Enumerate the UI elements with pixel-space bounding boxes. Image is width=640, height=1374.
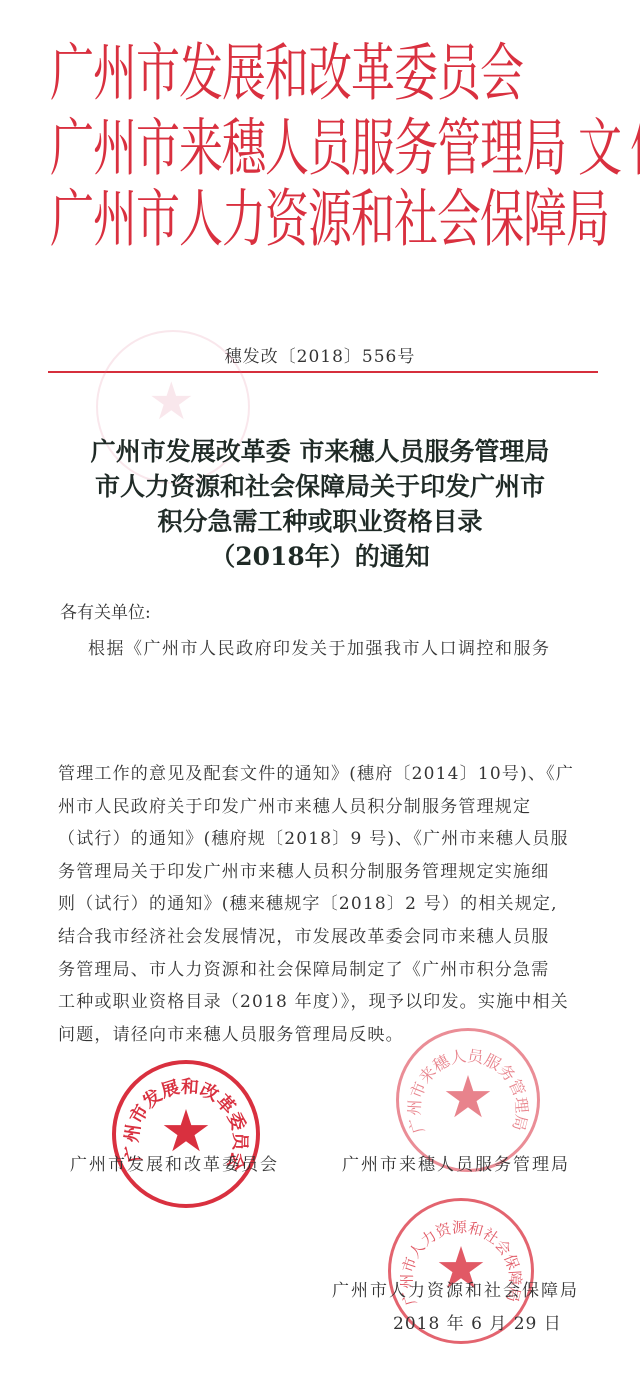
body-paragraph: 管理工作的意见及配套文件的通知》(穗府〔2014〕10号)、《广 州市人民政府关… bbox=[58, 758, 598, 1051]
body-line: 结合我市经济社会发展情况，市发展改革委会同市来穗人员服 bbox=[58, 921, 598, 954]
body-first-line: 根据《广州市人民政府印发关于加强我市人口调控和服务 bbox=[88, 634, 618, 659]
body-line: 管理工作的意见及配套文件的通知》(穗府〔2014〕10号)、《广 bbox=[58, 758, 598, 791]
title-line-2: 市人力资源和社会保障局关于印发广州市 bbox=[0, 469, 640, 504]
signer-human-resources: 广州市人力资源和社会保障局 bbox=[332, 1276, 579, 1301]
body-line: 州市人民政府关于印发广州市来穗人员积分制服务管理规定 bbox=[58, 791, 598, 824]
issue-date: 2018 年 6 月 29 日 bbox=[393, 1309, 562, 1334]
letterhead-line-1: 广州市发展和改革委员会 bbox=[50, 32, 523, 117]
letterhead-suffix: 文件 bbox=[578, 113, 640, 185]
letterhead-line-3: 广州市人力资源和社会保障局 bbox=[50, 178, 609, 263]
body-line: （试行）的通知》(穗府规〔2018〕9 号)、《广州市来穗人员服 bbox=[58, 823, 598, 856]
salutation: 各有关单位: bbox=[60, 598, 590, 623]
title-line-3: 积分急需工种或职业资格目录 bbox=[0, 504, 640, 539]
body-line: 务管理局、市人力资源和社会保障局制定了《广州市积分急需 bbox=[58, 954, 598, 987]
title-line-1: 广州市发展改革委 市来穗人员服务管理局 bbox=[0, 434, 640, 469]
body-line: 务管理局关于印发广州市来穗人员积分制服务管理规定实施细 bbox=[58, 856, 598, 889]
official-seal-development-reform: 广州市发展和改革委员会 ★ bbox=[112, 1060, 260, 1208]
body-line: 则（试行）的通知》(穗来穗规字〔2018〕2 号）的相关规定, bbox=[58, 888, 598, 921]
signer-development-reform: 广州市发展和改革委员会 bbox=[70, 1150, 279, 1175]
title-line-4: （2018年）的通知 bbox=[0, 539, 640, 574]
body-line: 工种或职业资格目录（2018 年度）》，现予以印发。实施中相关 bbox=[58, 986, 598, 1019]
signer-migrant-services: 广州市来穗人员服务管理局 bbox=[342, 1150, 570, 1175]
document-number: 穗发改〔2018〕556号 bbox=[0, 342, 640, 367]
letterhead-line-2-text: 广州市来穗人员服务管理局 bbox=[50, 113, 566, 185]
star-icon: ★ bbox=[442, 1068, 494, 1126]
document-page: 广州市发展和改革委员会 广州市来穗人员服务管理局文件 广州市人力资源和社会保障局… bbox=[0, 0, 640, 1374]
document-title: 广州市发展改革委 市来穗人员服务管理局 市人力资源和社会保障局关于印发广州市 积… bbox=[0, 434, 640, 574]
star-icon: ★ bbox=[148, 372, 195, 432]
